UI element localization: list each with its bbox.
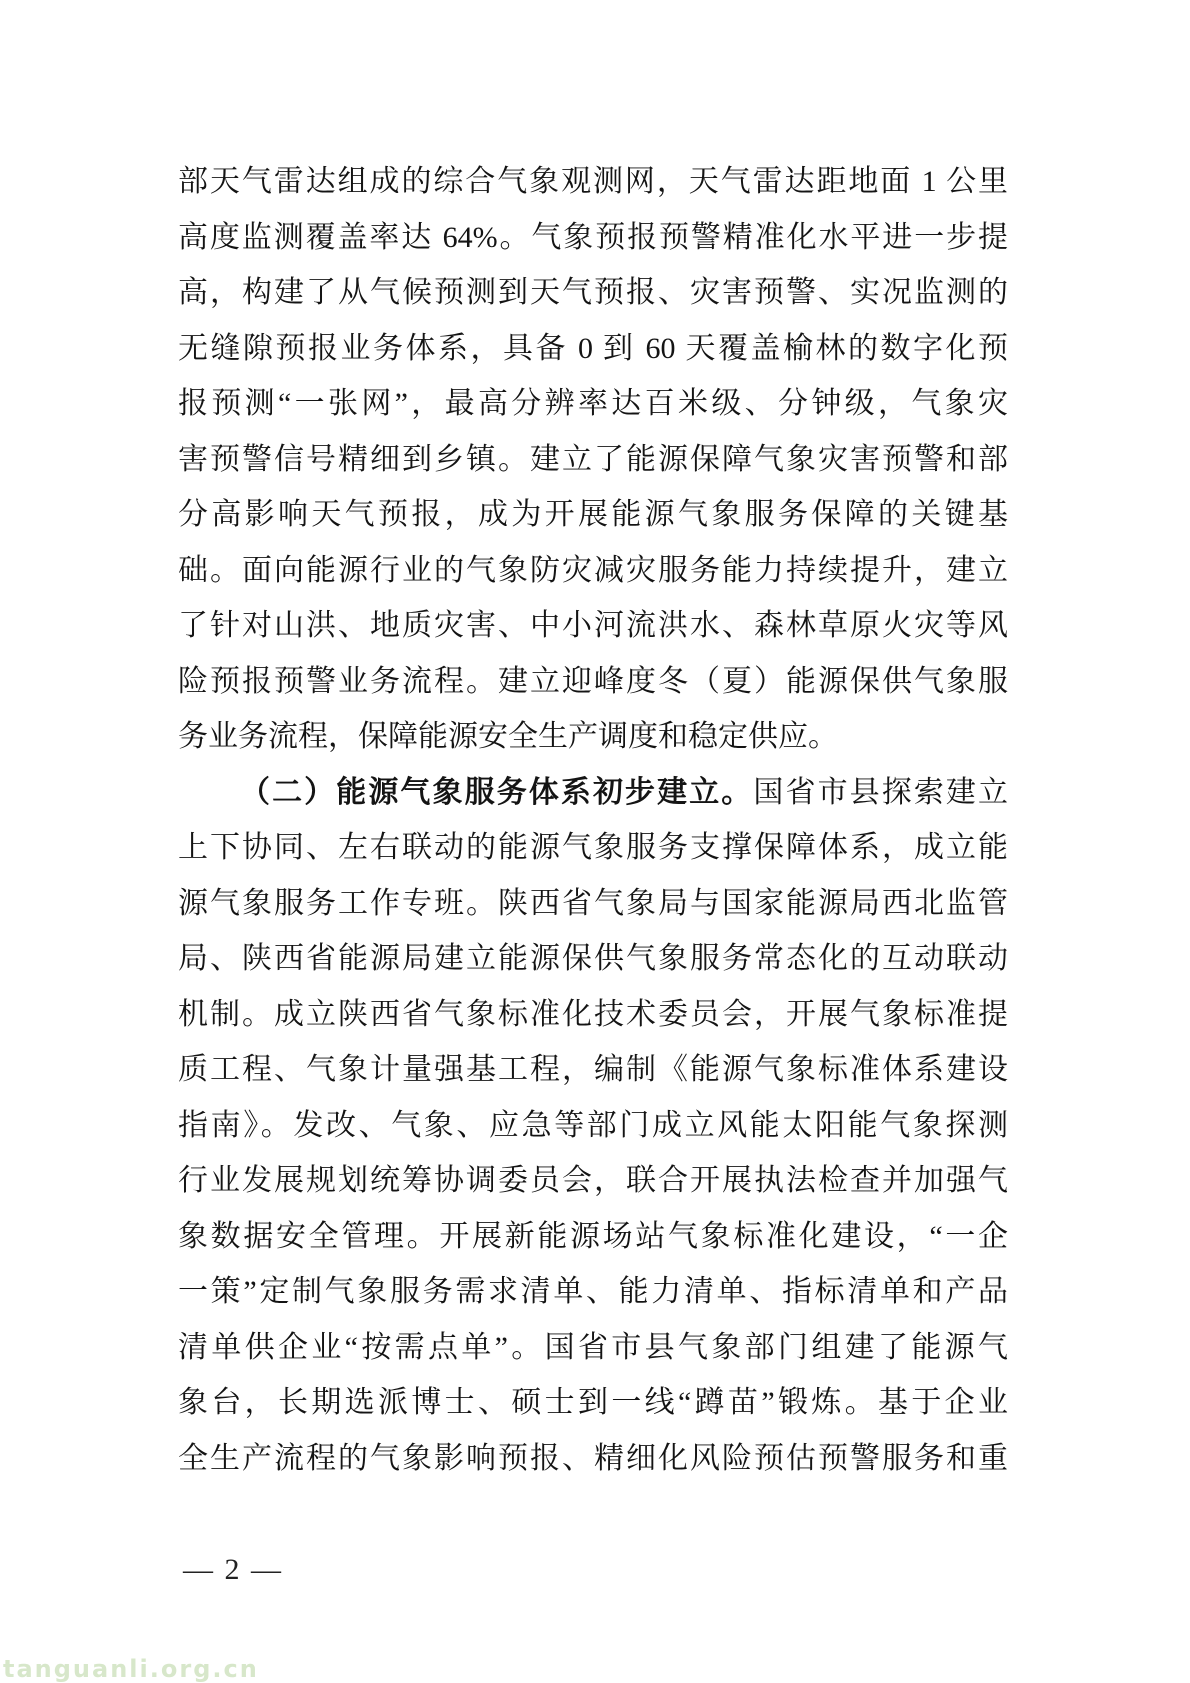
line-text: 指南》。发改、气象、应急等部门成立风能太阳能气象探测: [178, 1109, 1008, 1142]
line-text: 部天气雷达组成的综合气象观测网，天气雷达距地面 1 公里: [178, 165, 1008, 198]
document-line: 础。面向能源行业的气象防灾减灾服务能力持续提升，建立: [178, 543, 1008, 599]
line-text: 报预测“一张网”，最高分辨率达百米级、分钟级，气象灾: [178, 387, 1008, 420]
line-text: 象台，长期选派博士、硕士到一线“蹲苗”锻炼。基于企业: [178, 1386, 1008, 1419]
document-line: 质工程、气象计量强基工程，编制《能源气象标准体系建设: [178, 1042, 1008, 1098]
document-line: 分高影响天气预报，成为开展能源气象服务保障的关键基: [178, 487, 1008, 543]
line-text: 高，构建了从气候预测到天气预报、灾害预警、实况监测的: [178, 276, 1008, 309]
document-line: 了针对山洪、地质灾害、中小河流洪水、森林草原火灾等风: [178, 598, 1008, 654]
document-line: 清单供企业“按需点单”。国省市县气象部门组建了能源气: [178, 1320, 1008, 1376]
document-line: 务业务流程，保障能源安全生产调度和稳定供应。: [178, 709, 1008, 765]
line-text: 了针对山洪、地质灾害、中小河流洪水、森林草原火灾等风: [178, 609, 1008, 642]
line-text: 行业发展规划统筹协调委员会，联合开展执法检查并加强气: [178, 1164, 1008, 1197]
line-text: 一策”定制气象服务需求清单、能力清单、指标清单和产品: [178, 1275, 1008, 1308]
section-heading: （二）能源气象服务体系初步建立。: [240, 776, 753, 809]
line-text: 象数据安全管理。开展新能源场站气象标准化建设，“一企: [178, 1220, 1008, 1253]
line-text: 础。面向能源行业的气象防灾减灾服务能力持续提升，建立: [178, 554, 1008, 587]
line-text: 上下协同、左右联动的能源气象服务支撑保障体系，成立能: [178, 831, 1008, 864]
document-line: 报预测“一张网”，最高分辨率达百米级、分钟级，气象灾: [178, 376, 1008, 432]
line-text: 源气象服务工作专班。陕西省气象局与国家能源局西北监管: [178, 887, 1008, 920]
document-line: 害预警信号精细到乡镇。建立了能源保障气象灾害预警和部: [178, 432, 1008, 488]
document-line: 上下协同、左右联动的能源气象服务支撑保障体系，成立能: [178, 820, 1008, 876]
line-text: 机制。成立陕西省气象标准化技术委员会，开展气象标准提: [178, 998, 1008, 1031]
line-text: 分高影响天气预报，成为开展能源气象服务保障的关键基: [178, 498, 1008, 531]
line-text: 国省市县探索建立: [753, 776, 1008, 809]
watermark: tanguanli.org.cn: [3, 1655, 259, 1683]
line-text: 清单供企业“按需点单”。国省市县气象部门组建了能源气: [178, 1331, 1008, 1364]
line-text: 险预报预警业务流程。建立迎峰度冬（夏）能源保供气象服: [178, 665, 1008, 698]
document-line: 高度监测覆盖率达 64%。气象预报预警精准化水平进一步提: [178, 210, 1008, 266]
document-line: 高，构建了从气候预测到天气预报、灾害预警、实况监测的: [178, 265, 1008, 321]
document-line: 部天气雷达组成的综合气象观测网，天气雷达距地面 1 公里: [178, 154, 1008, 210]
line-text: 高度监测覆盖率达 64%。气象预报预警精准化水平进一步提: [178, 221, 1008, 254]
document-line: （二）能源气象服务体系初步建立。国省市县探索建立: [178, 765, 1008, 821]
page-number: — 2 —: [178, 1549, 288, 1591]
document-line: 象数据安全管理。开展新能源场站气象标准化建设，“一企: [178, 1209, 1008, 1265]
document-line: 无缝隙预报业务体系，具备 0 到 60 天覆盖榆林的数字化预: [178, 321, 1008, 377]
document-line: 一策”定制气象服务需求清单、能力清单、指标清单和产品: [178, 1264, 1008, 1320]
document-line: 险预报预警业务流程。建立迎峰度冬（夏）能源保供气象服: [178, 654, 1008, 710]
line-text: 无缝隙预报业务体系，具备 0 到 60 天覆盖榆林的数字化预: [178, 332, 1008, 365]
document-line: 行业发展规划统筹协调委员会，联合开展执法检查并加强气: [178, 1153, 1008, 1209]
document-page: 部天气雷达组成的综合气象观测网，天气雷达距地面 1 公里高度监测覆盖率达 64%…: [0, 0, 1190, 1683]
document-line: 源气象服务工作专班。陕西省气象局与国家能源局西北监管: [178, 876, 1008, 932]
document-body: 部天气雷达组成的综合气象观测网，天气雷达距地面 1 公里高度监测覆盖率达 64%…: [178, 154, 1008, 1486]
line-text: 务业务流程，保障能源安全生产调度和稳定供应。: [178, 720, 838, 753]
document-line: 指南》。发改、气象、应急等部门成立风能太阳能气象探测: [178, 1098, 1008, 1154]
line-text: 质工程、气象计量强基工程，编制《能源气象标准体系建设: [178, 1053, 1008, 1086]
document-line: 象台，长期选派博士、硕士到一线“蹲苗”锻炼。基于企业: [178, 1375, 1008, 1431]
line-text: 全生产流程的气象影响预报、精细化风险预估预警服务和重: [178, 1442, 1008, 1475]
document-line: 全生产流程的气象影响预报、精细化风险预估预警服务和重: [178, 1431, 1008, 1487]
line-text: 害预警信号精细到乡镇。建立了能源保障气象灾害预警和部: [178, 443, 1008, 476]
line-text: 局、陕西省能源局建立能源保供气象服务常态化的互动联动: [178, 942, 1008, 975]
document-line: 局、陕西省能源局建立能源保供气象服务常态化的互动联动: [178, 931, 1008, 987]
document-line: 机制。成立陕西省气象标准化技术委员会，开展气象标准提: [178, 987, 1008, 1043]
